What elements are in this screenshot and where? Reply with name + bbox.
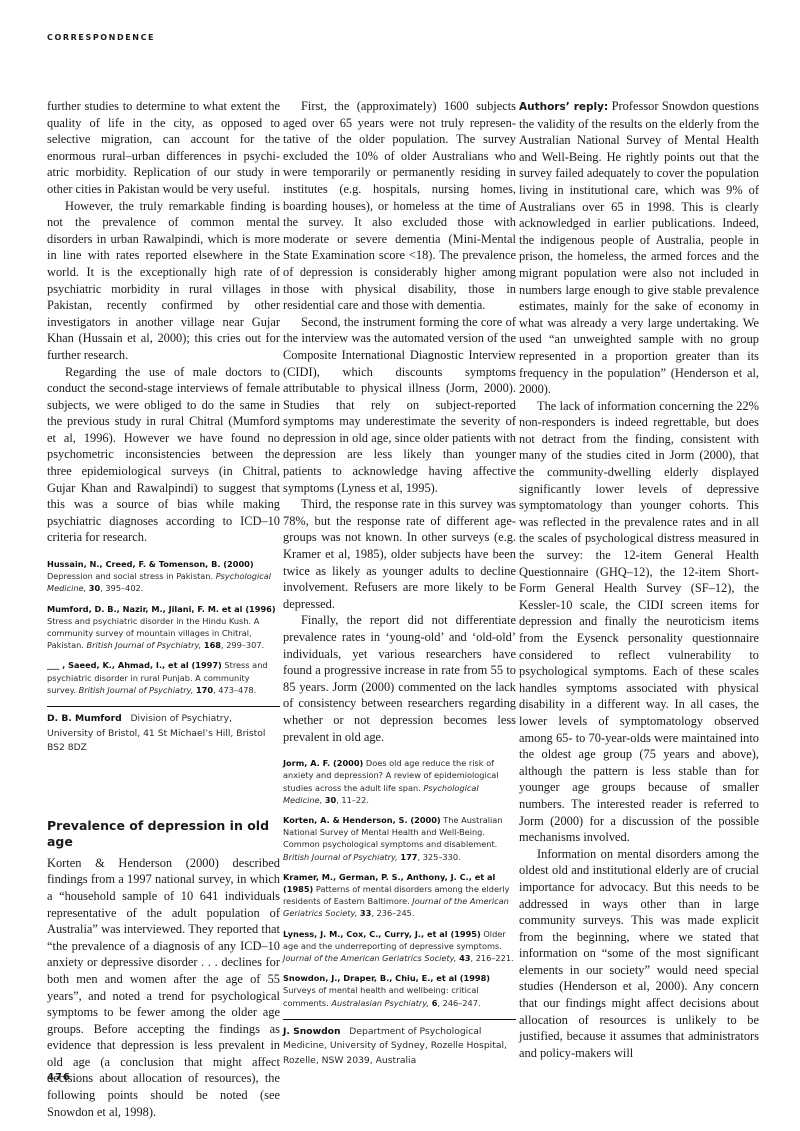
paragraph: Information on mental disorders among th…	[519, 846, 759, 1062]
paragraph: Finally, the report did not differentiat…	[283, 612, 516, 745]
reference-pages: , 325–330.	[417, 852, 460, 862]
reference-authors: Korten, A. & Henderson, S. (2000)	[283, 815, 441, 825]
divider	[283, 1019, 516, 1020]
paragraph: First, the (approximately) 1600 subjects…	[283, 98, 516, 314]
running-head: CORRESPONDENCE	[47, 33, 155, 42]
paragraph-text: Professor Snowdon questions the validity…	[519, 99, 759, 396]
reference-item: Jorm, A. F. (2000) Does old age reduce t…	[283, 757, 516, 806]
reference-authors: ___ , Saeed, K., Ahmad, I., et al (1997)	[47, 660, 222, 670]
reference-pages: , 395–402.	[100, 583, 143, 593]
reference-authors: Mumford, D. B., Nazir, M., Jilani, F. M.…	[47, 604, 276, 614]
reference-volume: 30	[89, 583, 100, 593]
reference-journal: British Journal of Psychiatry,	[79, 685, 194, 695]
paragraph: Third, the response rate in this survey …	[283, 496, 516, 612]
reference-volume: 43	[459, 953, 470, 963]
author-affiliation: D. B. Mumford Division of Psychiatry, Un…	[47, 712, 280, 756]
reference-volume: 168	[204, 640, 221, 650]
author-affiliation: J. Snowdon Department of Psychological M…	[283, 1025, 516, 1069]
paragraph: Korten & Henderson (2000) described find…	[47, 855, 280, 1121]
divider	[47, 706, 280, 707]
author-name: D. B. Mumford	[47, 713, 122, 724]
reference-journal: Journal of the American Geriatrics Socie…	[283, 953, 456, 963]
reference-pages: , 299–307.	[221, 640, 264, 650]
column-3: Authors’ reply: Professor Snowdon questi…	[519, 98, 759, 1061]
reference-pages: , 11–22.	[336, 795, 369, 805]
author-name: J. Snowdon	[283, 1026, 341, 1037]
reference-authors: Hussain, N., Creed, F. & Tomenson, B. (2…	[47, 559, 254, 569]
column-2: First, the (approximately) 1600 subjects…	[283, 98, 516, 1068]
reference-volume: 177	[400, 852, 417, 862]
reference-authors: Jorm, A. F. (2000)	[283, 758, 363, 768]
reference-item: Hussain, N., Creed, F. & Tomenson, B. (2…	[47, 558, 280, 595]
reference-list: Hussain, N., Creed, F. & Tomenson, B. (2…	[47, 558, 280, 696]
paragraph: further studies to determine to what ext…	[47, 98, 280, 198]
paragraph: The lack of information concerning the 2…	[519, 398, 759, 846]
section-title: Prevalence of depression in old age	[47, 818, 280, 851]
paragraph: Second, the instrument forming the core …	[283, 314, 516, 497]
reference-authors: Lyness, J. M., Cox, C., Curry, J., et al…	[283, 929, 481, 939]
reference-pages: , 216–221.	[470, 953, 513, 963]
column-1: further studies to determine to what ext…	[47, 98, 280, 1120]
reference-item: Mumford, D. B., Nazir, M., Jilani, F. M.…	[47, 603, 280, 652]
reply-lead: Authors’ reply:	[519, 101, 608, 113]
reference-journal: Australasian Psychiatry,	[331, 998, 429, 1008]
reference-volume: 170	[196, 685, 213, 695]
reference-item: Lyness, J. M., Cox, C., Curry, J., et al…	[283, 928, 516, 965]
reference-volume: 30	[325, 795, 336, 805]
reference-item: Kramer, M., German, P. S., Anthony, J. C…	[283, 871, 516, 920]
reference-journal: British Journal of Psychiatry,	[283, 852, 398, 862]
reference-item: Snowdon, J., Draper, B., Chiu, E., et al…	[283, 972, 516, 1009]
paragraph: Authors’ reply: Professor Snowdon questi…	[519, 98, 759, 398]
page-number: 476	[47, 1072, 71, 1083]
reference-pages: , 473–478.	[213, 685, 256, 695]
reference-title: Depression and social stress in Pakistan…	[47, 571, 213, 581]
reference-pages: , 236–245.	[371, 908, 414, 918]
reference-item: ___ , Saeed, K., Ahmad, I., et al (1997)…	[47, 659, 280, 696]
reference-pages: , 246–247.	[437, 998, 480, 1008]
reference-list: Jorm, A. F. (2000) Does old age reduce t…	[283, 757, 516, 1009]
paragraph: However, the truly remarkable finding is…	[47, 198, 280, 364]
reference-journal: British Journal of Psychiatry,	[87, 640, 202, 650]
reference-volume: 33	[360, 908, 371, 918]
reference-item: Korten, A. & Henderson, S. (2000) The Au…	[283, 814, 516, 863]
paragraph: Regarding the use of male doctors to con…	[47, 364, 280, 547]
reference-authors: Snowdon, J., Draper, B., Chiu, E., et al…	[283, 973, 490, 983]
